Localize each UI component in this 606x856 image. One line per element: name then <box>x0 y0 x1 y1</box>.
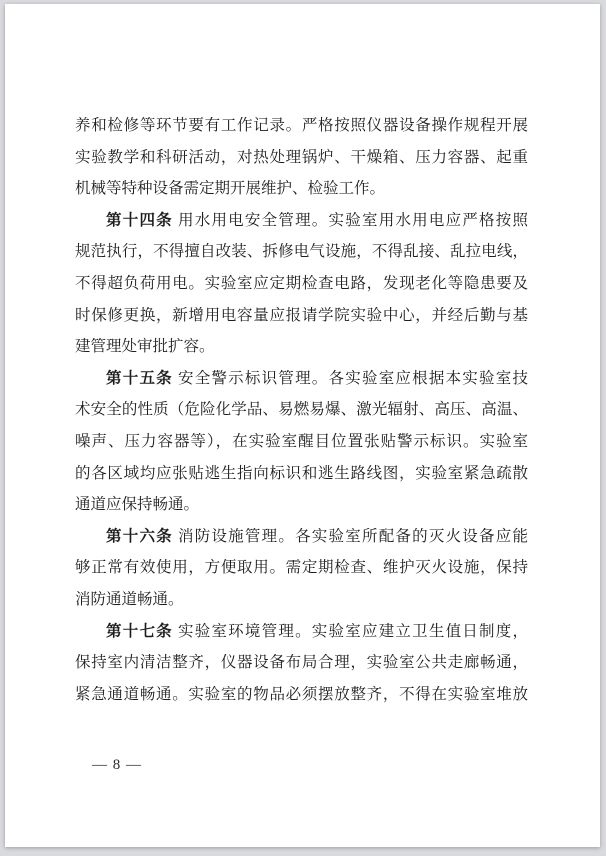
text-line: 消防通道畅通。 <box>75 584 528 616</box>
text-run: 通道应保持畅通。 <box>75 496 199 513</box>
text-line: 通道应保持畅通。 <box>75 489 528 521</box>
text-line: 养和检修等环节要有工作记录。严格按照仪器设备操作规程开展 <box>75 110 528 142</box>
article-number: 第十五条 <box>106 370 173 387</box>
article-number: 第十四条 <box>106 212 173 229</box>
text-run: 的各区域均应张贴逃生指向标识和逃生路线图，实验室紧急疏散 <box>75 465 528 482</box>
article-number: 第十七条 <box>106 623 173 640</box>
document-page: 养和检修等环节要有工作记录。严格按照仪器设备操作规程开展实验教学和科研活动，对热… <box>5 4 600 847</box>
text-line: 规范执行，不得擅自改装、拆修电气设施，不得乱接、乱拉电线， <box>75 236 528 268</box>
page-number: — 8 — <box>92 757 142 774</box>
text-line: 第十六条 消防设施管理。各实验室所配备的灭火设备应能 <box>75 521 528 553</box>
text-line: 建管理处审批扩容。 <box>75 331 528 363</box>
text-line: 时保修更换，新增用电容量应报请学院实验中心，并经后勤与基 <box>75 300 528 332</box>
text-line: 保持室内清洁整齐，仪器设备布局合理，实验室公共走廊畅通， <box>75 647 528 679</box>
text-run: 时保修更换，新增用电容量应报请学院实验中心，并经后勤与基 <box>75 307 528 324</box>
text-line: 紧急通道畅通。实验室的物品必须摆放整齐，不得在实验室堆放 <box>75 679 528 711</box>
text-line: 机械等特种设备需定期开展维护、检验工作。 <box>75 173 528 205</box>
text-run: 安全警示标识管理。各实验室应根据本实验室技 <box>173 370 528 387</box>
text-line: 够正常有效使用，方便取用。需定期检查、维护灭火设施，保持 <box>75 552 528 584</box>
text-run: 消防通道畅通。 <box>75 591 184 608</box>
text-run: 用水用电安全管理。实验室用水用电应严格按照 <box>173 212 528 229</box>
text-line: 第十七条 实验室环境管理。实验室应建立卫生值日制度， <box>75 616 528 648</box>
text-run: 不得超负荷用电。实验室应定期检查电路，发现老化等隐患要及 <box>75 275 528 292</box>
text-run: 保持室内清洁整齐，仪器设备布局合理，实验室公共走廊畅通， <box>75 654 528 671</box>
text-line: 噪声、压力容器等），在实验室醒目位置张贴警示标识。实验室 <box>75 426 528 458</box>
text-run: 噪声、压力容器等），在实验室醒目位置张贴警示标识。实验室 <box>75 433 528 450</box>
text-run: 实验教学和科研活动，对热处理锅炉、干燥箱、压力容器、起重 <box>75 149 528 166</box>
text-run: 紧急通道畅通。实验室的物品必须摆放整齐，不得在实验室堆放 <box>75 686 528 703</box>
text-run: 够正常有效使用，方便取用。需定期检查、维护灭火设施，保持 <box>75 559 528 576</box>
text-run: 实验室环境管理。实验室应建立卫生值日制度， <box>173 623 528 640</box>
text-line: 第十四条 用水用电安全管理。实验室用水用电应严格按照 <box>75 205 528 237</box>
text-run: 消防设施管理。各实验室所配备的灭火设备应能 <box>173 528 528 545</box>
text-line: 不得超负荷用电。实验室应定期检查电路，发现老化等隐患要及 <box>75 268 528 300</box>
document-body: 养和检修等环节要有工作记录。严格按照仪器设备操作规程开展实验教学和科研活动，对热… <box>75 110 528 710</box>
text-line: 实验教学和科研活动，对热处理锅炉、干燥箱、压力容器、起重 <box>75 142 528 174</box>
article-number: 第十六条 <box>106 528 173 545</box>
text-run: 术安全的性质（危险化学品、易燃易爆、激光辐射、高压、高温、 <box>75 401 528 418</box>
text-run: 建管理处审批扩容。 <box>75 338 215 355</box>
text-run: 养和检修等环节要有工作记录。严格按照仪器设备操作规程开展 <box>75 117 528 134</box>
text-run: 机械等特种设备需定期开展维护、检验工作。 <box>75 180 385 197</box>
text-run: 规范执行，不得擅自改装、拆修电气设施，不得乱接、乱拉电线， <box>75 243 528 260</box>
text-line: 术安全的性质（危险化学品、易燃易爆、激光辐射、高压、高温、 <box>75 394 528 426</box>
text-line: 第十五条 安全警示标识管理。各实验室应根据本实验室技 <box>75 363 528 395</box>
text-line: 的各区域均应张贴逃生指向标识和逃生路线图，实验室紧急疏散 <box>75 458 528 490</box>
